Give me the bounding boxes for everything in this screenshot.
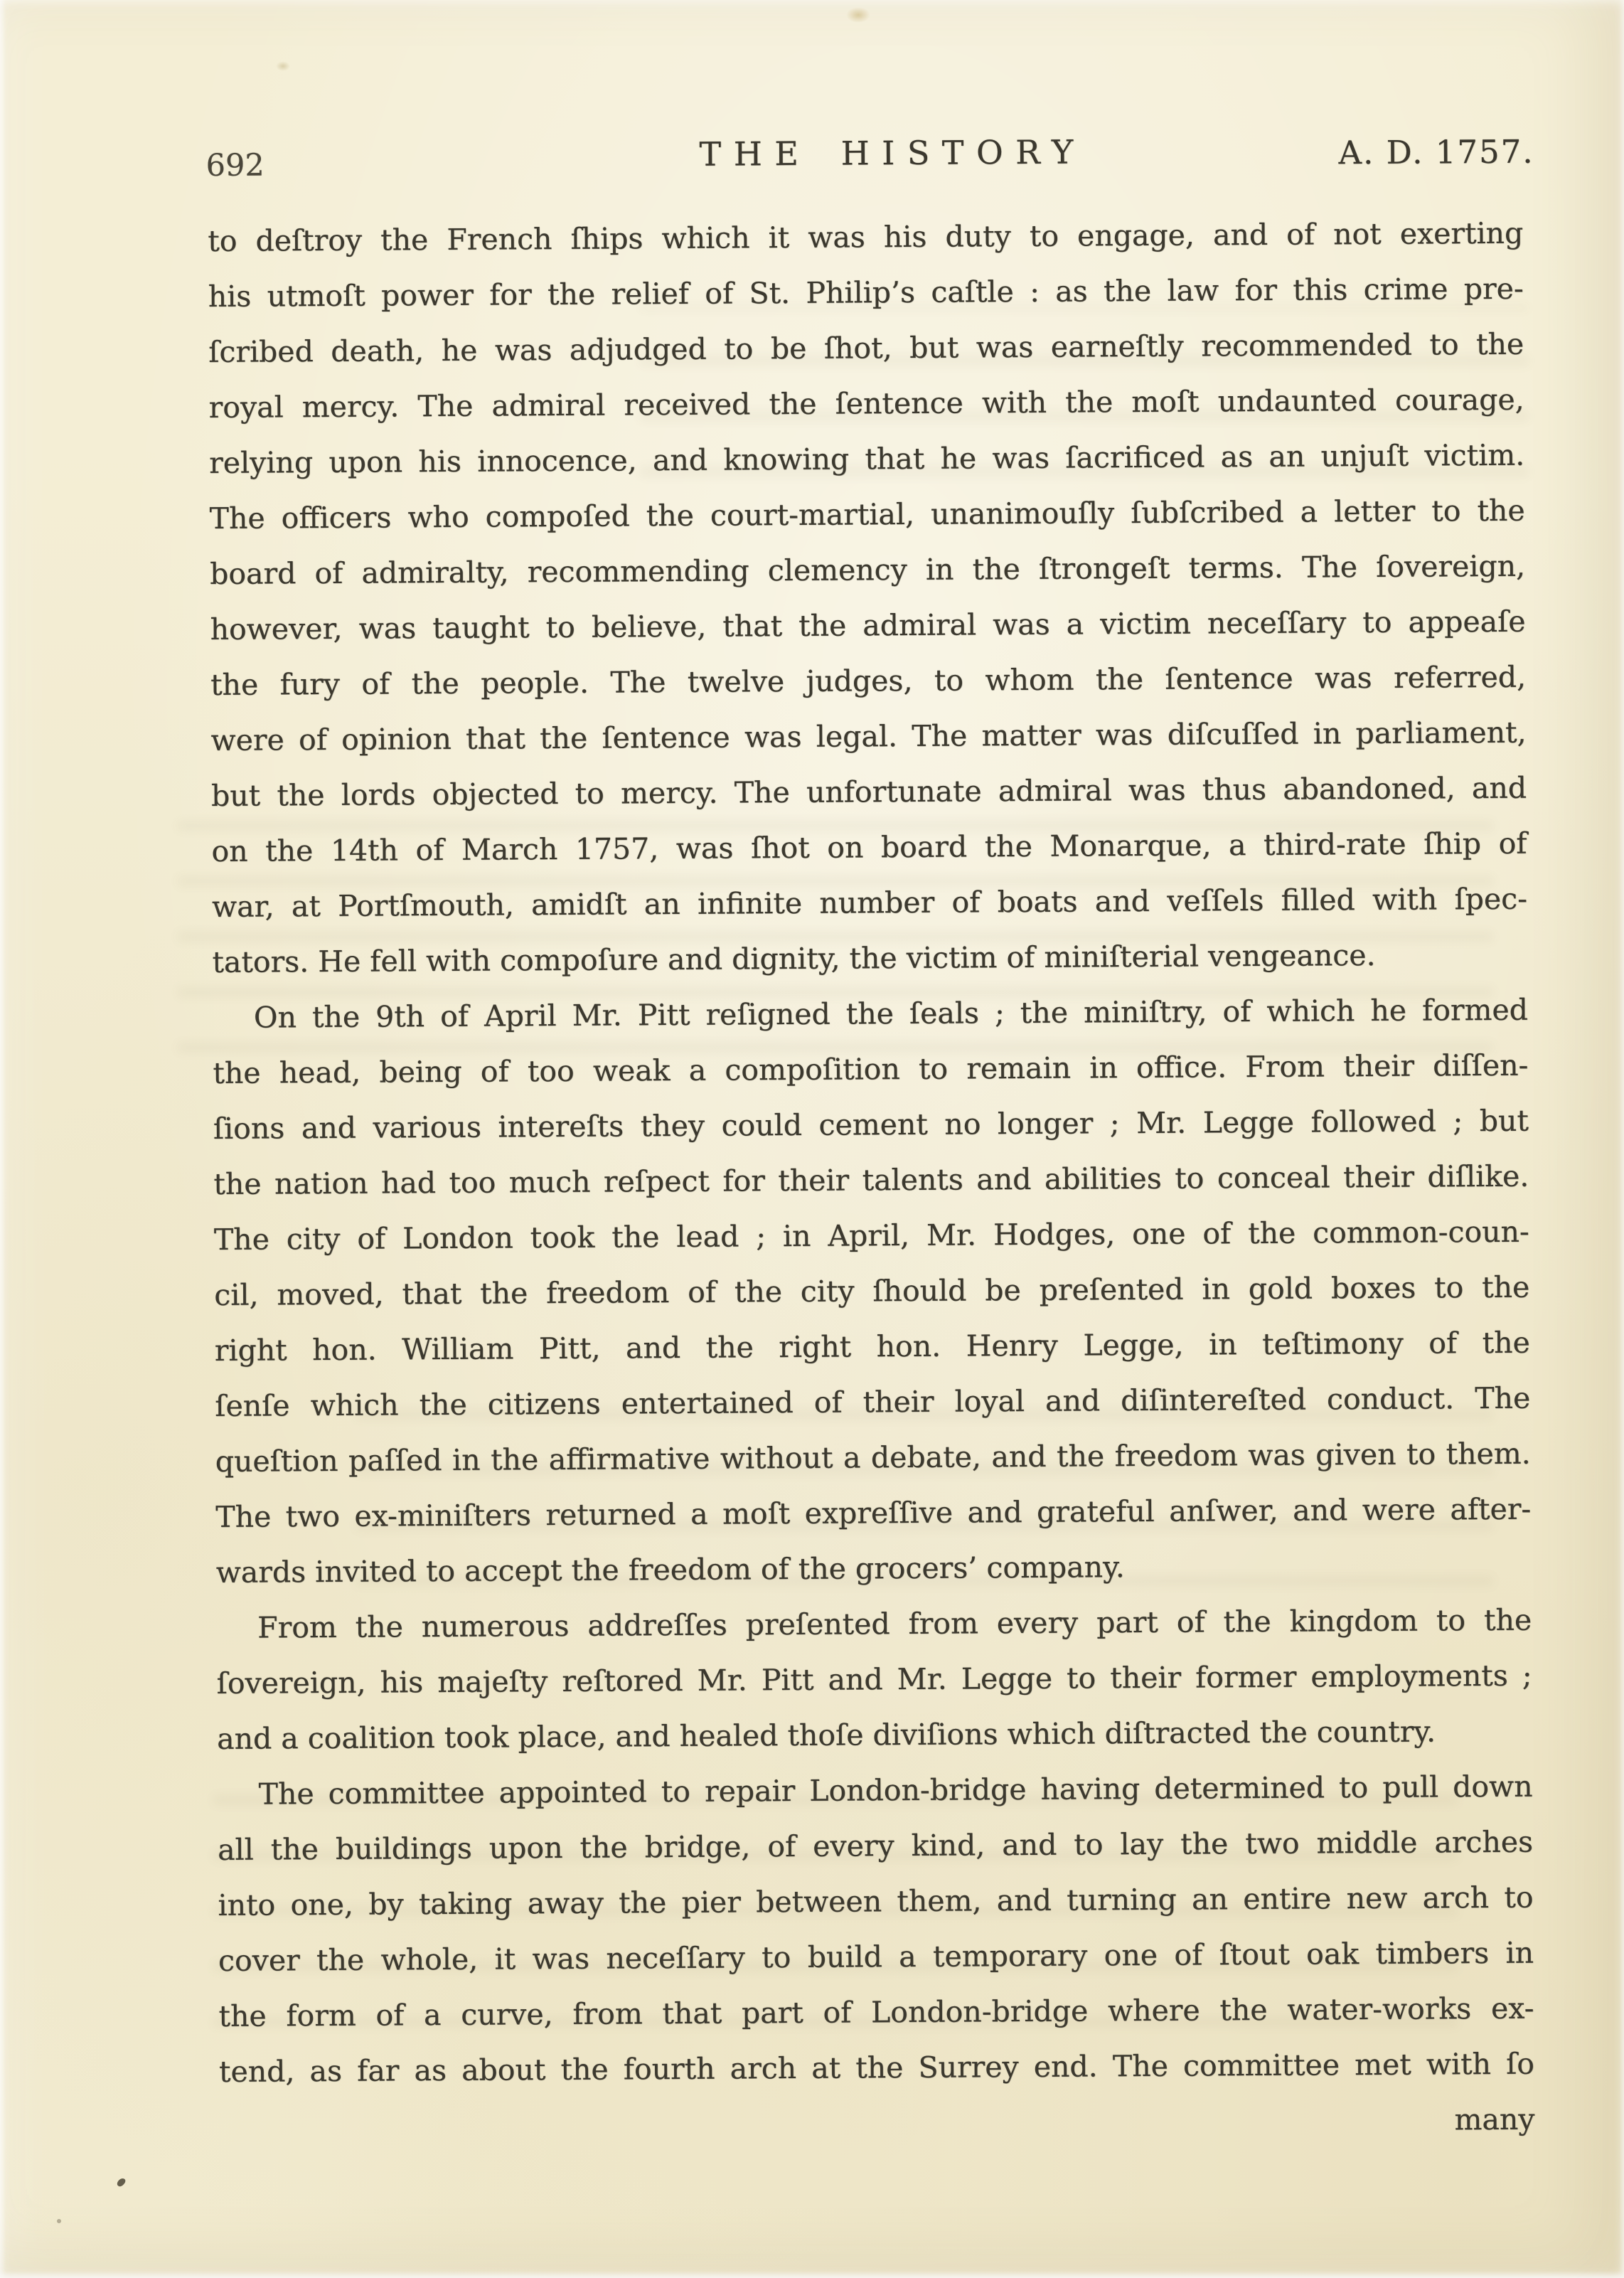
text-line: cover the whole, it was neceſſary to bui… <box>218 1925 1534 1989</box>
text-line: the head, being of too weak a compoſitio… <box>213 1038 1528 1101</box>
text-line: his utmoſt power for the relief of St. P… <box>208 261 1524 324</box>
text-line: relying upon his innocence, and knowing … <box>209 427 1524 491</box>
text-line: ſovereign, his majeſty reſtored Mr. Pitt… <box>216 1648 1532 1711</box>
text-line: board of admiralty, recommending clemenc… <box>210 538 1525 602</box>
text-line: The city of London took the lead ; in Ap… <box>214 1204 1529 1267</box>
text-line: royal mercy. The admiral received the ſe… <box>208 372 1524 435</box>
page-content: 692 THE HISTORY A. D. 1757. to deſtroy t… <box>0 0 1624 2278</box>
text-line: queſtion paſſed in the affirmative witho… <box>215 1426 1531 1489</box>
text-line: The officers who compoſed the court-mart… <box>209 483 1524 546</box>
text-line: tend, as far as about the fourth arch at… <box>219 2036 1534 2099</box>
scan-edge <box>0 2271 1624 2278</box>
date-heading: A. D. 1757. <box>1338 133 1534 172</box>
page-number: 692 <box>205 148 264 184</box>
text-line: but the lords objected to mercy. The unf… <box>211 760 1527 824</box>
text-line: were of opinion that the ſentence was le… <box>210 705 1526 768</box>
text-block: to deſtroy the French ſhips which it was… <box>208 206 1534 2099</box>
page-scan: 692 THE HISTORY A. D. 1757. to deſtroy t… <box>0 0 1624 2278</box>
scan-edge <box>0 0 6 2278</box>
text-line: The committee appointed to repair London… <box>217 1759 1532 1822</box>
text-line: From the numerous addreſſes preſented fr… <box>216 1592 1532 1656</box>
running-header: 692 THE HISTORY A. D. 1757. <box>0 0 1617 1</box>
catchword: many <box>219 2092 1534 2155</box>
text-line: ſenſe which the citizens entertained of … <box>215 1370 1530 1434</box>
scan-edge <box>1619 0 1624 2278</box>
text-line: all the buildings upon the bridge, of ev… <box>218 1814 1533 1878</box>
text-line: wards invited to accept the freedom of t… <box>215 1537 1531 1600</box>
ink-speck <box>57 2219 61 2223</box>
text-line: cil, moved, that the freedom of the city… <box>214 1260 1529 1323</box>
text-line: ſions and various intereſts they could c… <box>213 1093 1529 1156</box>
text-line: however, was taught to believe, that the… <box>210 594 1525 657</box>
text-line: right hon. William Pitt, and the right h… <box>215 1315 1530 1378</box>
text-line: on the 14th of March 1757, was ſhot on b… <box>211 816 1527 879</box>
text-line: to deſtroy the French ſhips which it was… <box>208 206 1523 269</box>
text-line: On the 9th of April Mr. Pitt reſigned th… <box>213 982 1528 1045</box>
paper-stain <box>846 7 870 23</box>
paper-stain <box>276 61 290 71</box>
text-line: the nation had too much reſpect for thei… <box>213 1149 1529 1212</box>
text-line: war, at Portſmouth, amidſt an infinite n… <box>212 871 1527 935</box>
text-line: the form of a curve, from that part of L… <box>218 1981 1534 2044</box>
text-line: ſcribed death, he was adjudged to be ſho… <box>208 316 1524 380</box>
text-line: tators. He fell with compoſure and digni… <box>212 927 1527 990</box>
text-line: The two ex-miniſters returned a moſt exp… <box>215 1481 1531 1545</box>
text-line: into one, by taking away the pier betwee… <box>218 1870 1533 1933</box>
running-title: THE HISTORY <box>699 132 1086 173</box>
text-line: the fury of the people. The twelve judge… <box>210 649 1526 713</box>
text-line: and a coalition took place, and healed t… <box>217 1703 1532 1767</box>
